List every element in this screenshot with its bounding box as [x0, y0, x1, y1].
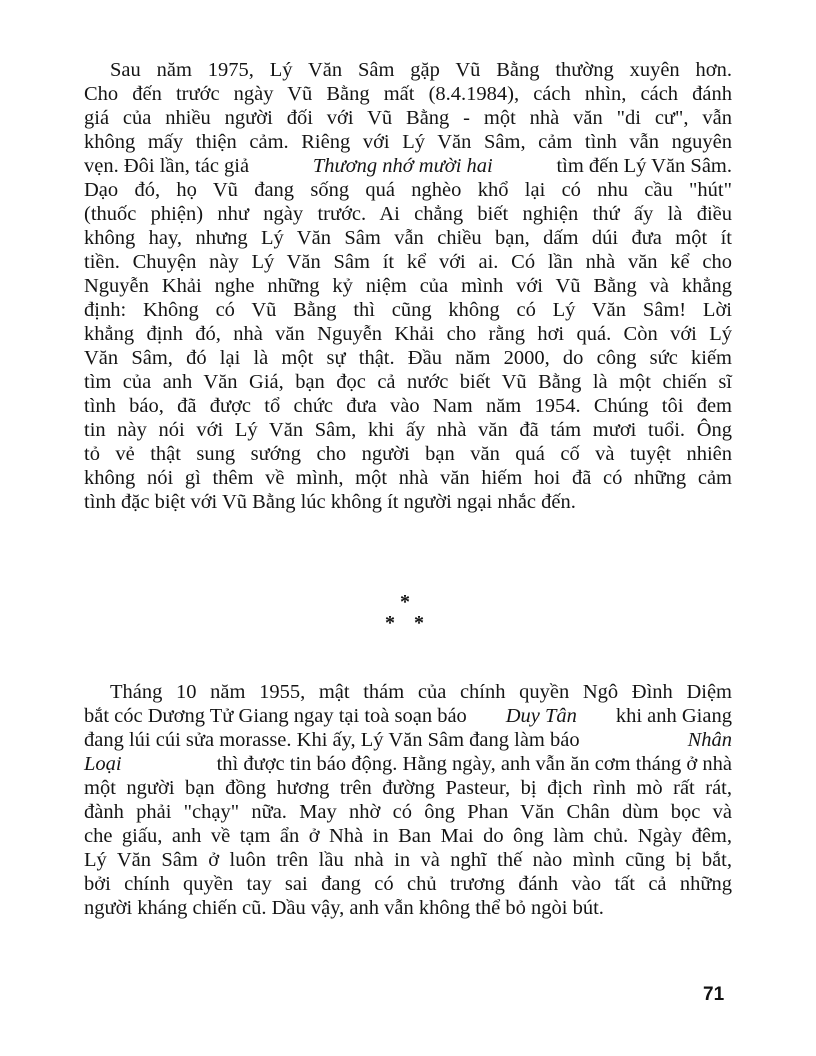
text-line: bắt cóc Dương Tử Giang ngay tại toà soạn… [84, 704, 732, 728]
text-line: bởi chính quyền tay sai đang có chủ trươ… [84, 872, 732, 896]
text-line: tình báo, đã được tổ chức đưa vào Nam nă… [84, 394, 732, 418]
text-line: Lý Văn Sâm ở luôn trên lầu nhà in và ngh… [84, 848, 732, 872]
text-line: Tháng 10 năm 1955, mật thám của chính qu… [84, 680, 732, 704]
text-line: giá của nhiều người đối với Vũ Bằng - mộ… [84, 106, 732, 130]
text-fragment: khi anh Giang [616, 704, 732, 728]
text-line: Dạo đó, họ Vũ đang sống quá nghèo khổ lạ… [84, 178, 732, 202]
text-line: định: Không có Vũ Bằng thì cũng không có… [84, 298, 732, 322]
book-page: Sau năm 1975, Lý Văn Sâm gặp Vũ Bằng thư… [0, 0, 816, 1056]
text-line: tìm của anh Văn Giá, bạn đọc cả nước biế… [84, 370, 732, 394]
asterisk-icon: * [400, 591, 410, 614]
text-line: không mấy thiện cảm. Riêng với Lý Văn Sâ… [84, 130, 732, 154]
newspaper-title-italic: Loại [84, 752, 122, 776]
text-line: (thuốc phiện) như ngày trước. Ai chẳng b… [84, 202, 732, 226]
text-line: tỏ vẻ thật sung sướng cho người bạn văn … [84, 442, 732, 466]
text-line: Sau năm 1975, Lý Văn Sâm gặp Vũ Bằng thư… [84, 58, 732, 82]
text-line: tin này nói với Lý Văn Sâm, khi ấy nhà v… [84, 418, 732, 442]
text-line: Văn Sâm, đó lại là một sự thật. Đầu năm … [84, 346, 732, 370]
paragraph-1: Sau năm 1975, Lý Văn Sâm gặp Vũ Bằng thư… [84, 58, 732, 514]
text-line: đang lúi cúi sửa morasse. Khi ấy, Lý Văn… [84, 728, 732, 752]
text-line: vẹn. Đôi lần, tác giả Thương nhớ mười ha… [84, 154, 732, 178]
text-line: không nói gì thêm về mình, một nhà văn h… [84, 466, 732, 490]
newspaper-title-italic: Nhân [688, 728, 732, 752]
text-fragment: thì được tin báo động. Hằng ngày, anh vẫ… [217, 752, 732, 776]
asterisk-icon: * [414, 612, 424, 635]
text-line: tiền. Chuyện này Lý Văn Sâm ít kể với ai… [84, 250, 732, 274]
text-fragment: tìm đến Lý Văn Sâm. [556, 154, 732, 178]
text-fragment: đang lúi cúi sửa morasse. Khi ấy, Lý Văn… [84, 728, 580, 752]
text-line: khẳng định đó, nhà văn Nguyễn Khải cho r… [84, 322, 732, 346]
text-fragment: vẹn. Đôi lần, tác giả [84, 154, 249, 178]
text-line: người kháng chiến cũ. Dầu vậy, anh vẫn k… [84, 896, 732, 920]
text-line: che giấu, anh về tạm ẩn ở Nhà in Ban Mai… [84, 824, 732, 848]
text-line: Nguyễn Khải nghe những kỷ niệm của mình … [84, 274, 732, 298]
text-line: Loại thì được tin báo động. Hằng ngày, a… [84, 752, 732, 776]
text-line: đành phải "chạy" nữa. May nhờ có ông Pha… [84, 800, 732, 824]
text-line: tình đặc biệt với Vũ Bằng lúc không ít n… [84, 490, 732, 514]
paragraph-2: Tháng 10 năm 1955, mật thám của chính qu… [84, 680, 732, 920]
text-fragment: bắt cóc Dương Tử Giang ngay tại toà soạn… [84, 704, 467, 728]
newspaper-title-italic: Duy Tân [506, 704, 577, 728]
page-number: 71 [703, 984, 724, 1006]
text-line: Cho đến trước ngày Vũ Bằng mất (8.4.1984… [84, 82, 732, 106]
text-line: một người bạn đồng hương trên đường Past… [84, 776, 732, 800]
asterisk-icon: * [385, 612, 395, 635]
book-title-italic: Thương nhớ mười hai [313, 154, 493, 178]
text-line: không hay, nhưng Lý Văn Sâm vẫn chiều bạ… [84, 226, 732, 250]
